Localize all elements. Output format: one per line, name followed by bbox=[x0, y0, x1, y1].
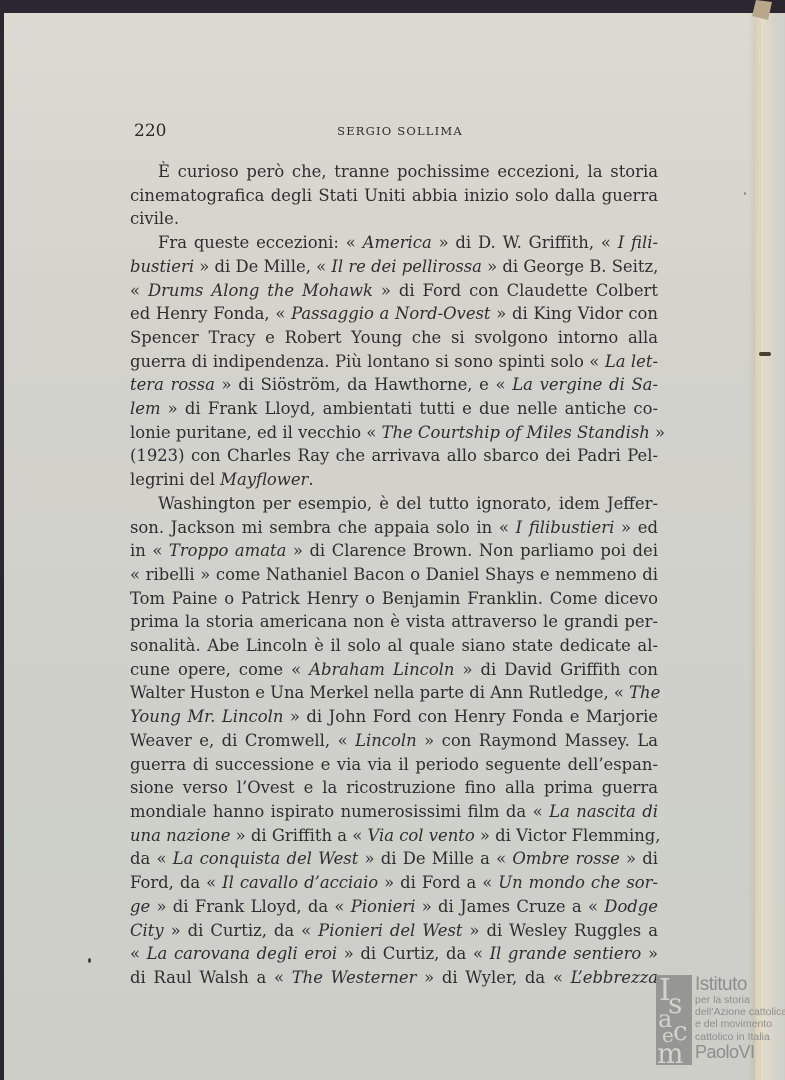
text-run: mondiale hanno ispirato numerosissimi fi… bbox=[130, 802, 549, 821]
text-run: » di Victor Flemming, bbox=[475, 826, 661, 845]
film-title: L’ebbrezza bbox=[571, 968, 658, 987]
text-line: Fra queste eccezioni: « America » di D. … bbox=[130, 231, 658, 255]
text-line: guerra di successione e via via il perio… bbox=[130, 753, 658, 777]
text-run: » di Ford con Claudette Colbert bbox=[373, 281, 658, 300]
text-run: lonie puritane, ed il vecchio « bbox=[130, 423, 382, 442]
film-title: tera rossa bbox=[130, 375, 215, 394]
film-title: I fili- bbox=[618, 233, 658, 252]
text-run: (1923) con Charles Ray che arrivava allo… bbox=[130, 446, 658, 465]
institute-line: dell’Azione cattolica bbox=[695, 1006, 785, 1018]
text-run: » di De Mille a « bbox=[358, 849, 512, 868]
text-run: Tom Paine o Patrick Henry o Benjamin Fra… bbox=[130, 589, 658, 608]
text-run: » di Curtiz, da « bbox=[337, 944, 489, 963]
text-run: . bbox=[308, 470, 313, 489]
film-title: Troppo amata bbox=[169, 541, 286, 560]
film-title: Drums Along the Mohawk bbox=[148, 281, 373, 300]
text-line: « La carovana degli eroi » di Curtiz, da… bbox=[130, 942, 658, 966]
text-run: Spencer Tracy e Robert Young che si svol… bbox=[130, 328, 658, 347]
film-title: City bbox=[130, 921, 164, 940]
text-run: Washington per esempio, è del tutto igno… bbox=[158, 494, 658, 513]
text-run: legrini del bbox=[130, 470, 220, 489]
text-run: sonalità. Abe Lincoln è il solo al quale… bbox=[130, 636, 658, 655]
text-run: di Raul Walsh a « bbox=[130, 968, 292, 987]
film-title: Abraham Lincoln bbox=[309, 660, 454, 679]
paragraph: Fra queste eccezioni: « America » di D. … bbox=[130, 231, 658, 492]
text-run: Fra queste eccezioni: « bbox=[158, 233, 363, 252]
text-line: sonalità. Abe Lincoln è il solo al quale… bbox=[130, 634, 658, 658]
institute-paolo-vi: PaoloVI bbox=[695, 1043, 785, 1061]
monogram-letter: m bbox=[657, 1037, 684, 1070]
text-run: » con Raymond Massey. La bbox=[417, 731, 658, 750]
film-title: Il re dei pellirossa bbox=[331, 257, 482, 276]
film-title: Mayflower bbox=[220, 470, 308, 489]
text-line: lonie puritane, ed il vecchio « The Cour… bbox=[130, 421, 658, 445]
film-title: lem bbox=[130, 399, 160, 418]
film-title: ge bbox=[130, 897, 150, 916]
isacem-monogram: I s a e c m bbox=[656, 975, 692, 1065]
text-line: Walter Huston e Una Merkel nella parte d… bbox=[130, 681, 658, 705]
text-line: Weaver e, di Cromwell, « Lincoln » con R… bbox=[130, 729, 658, 753]
text-line: una nazione » di Griffith a « Via col ve… bbox=[130, 824, 658, 848]
text-line: È curioso però che, tranne pochissime ec… bbox=[130, 160, 658, 184]
film-title: Passaggio a Nord-Ovest bbox=[291, 304, 490, 323]
film-title: una nazione bbox=[130, 826, 230, 845]
text-run: Ford, da « bbox=[130, 873, 222, 892]
text-run: ed Henry Fonda, « bbox=[130, 304, 291, 323]
text-run: son. Jackson mi sembra che appaia solo i… bbox=[130, 518, 516, 537]
page-header: 220 SERGIO SOLLIMA bbox=[134, 121, 666, 143]
institute-line: e del movimento bbox=[695, 1018, 785, 1030]
text-line: legrini del Mayflower. bbox=[130, 468, 658, 492]
text-run: Weaver e, di Cromwell, « bbox=[130, 731, 355, 750]
text-run: » di Clarence Brown. Non parliamo poi de… bbox=[286, 541, 658, 560]
film-title: Dodge bbox=[604, 897, 658, 916]
text-line: Washington per esempio, è del tutto igno… bbox=[130, 492, 658, 516]
text-run: » di D. W. Griffith, « bbox=[432, 233, 618, 252]
text-run: guerra di indipendenza. Più lontano si s… bbox=[130, 352, 605, 371]
text-run: È curioso però che, tranne pochissime ec… bbox=[158, 162, 658, 181]
text-line: cune opere, come « Abraham Lincoln » di … bbox=[130, 658, 658, 682]
text-run: » di King Vidor con bbox=[491, 304, 658, 323]
text-run: sione verso l’Ovest e la ricostruzione f… bbox=[130, 778, 658, 797]
film-title: La carovana degli eroi bbox=[147, 944, 337, 963]
film-title: La vergine di Sa- bbox=[512, 375, 658, 394]
text-run: » di Griffith a « bbox=[230, 826, 367, 845]
film-title: bustieri bbox=[130, 257, 194, 276]
text-line: son. Jackson mi sembra che appaia solo i… bbox=[130, 516, 658, 540]
text-line: di Raul Walsh a « The Westerner » di Wyl… bbox=[130, 966, 658, 990]
text-run: « ribelli » come Nathaniel Bacon o Danie… bbox=[130, 565, 658, 584]
text-line: cinematografica degli Stati Uniti abbia … bbox=[130, 184, 658, 208]
text-run: » bbox=[641, 944, 658, 963]
text-run: « bbox=[130, 281, 148, 300]
text-run: » di Frank Lloyd, ambientati tutti e due… bbox=[160, 399, 658, 418]
text-line: Ford, da « Il cavallo d’acciaio » di For… bbox=[130, 871, 658, 895]
text-run: » di David Griffith con bbox=[454, 660, 658, 679]
text-run: » di Curtiz, da « bbox=[164, 921, 319, 940]
film-title: Il grande sentiero bbox=[490, 944, 642, 963]
text-line: « Drums Along the Mohawk » di Ford con C… bbox=[130, 279, 658, 303]
text-line: tera rossa » di Siöström, da Hawthorne, … bbox=[130, 373, 658, 397]
text-run: da « bbox=[130, 849, 173, 868]
text-line: guerra di indipendenza. Più lontano si s… bbox=[130, 350, 658, 374]
text-line: sione verso l’Ovest e la ricostruzione f… bbox=[130, 776, 658, 800]
film-title: La let- bbox=[605, 352, 658, 371]
film-title: La nascita di bbox=[549, 802, 658, 821]
next-page-edge bbox=[755, 13, 785, 1080]
film-title: The bbox=[629, 683, 660, 702]
institute-line: per la storia bbox=[695, 994, 785, 1006]
text-run: » di De Mille, « bbox=[194, 257, 331, 276]
text-run: » bbox=[650, 423, 665, 442]
body-text: È curioso però che, tranne pochissime ec… bbox=[130, 160, 658, 990]
text-run: Walter Huston e Una Merkel nella parte d… bbox=[130, 683, 629, 702]
film-title: Ombre rosse bbox=[512, 849, 619, 868]
institute-title: Istituto bbox=[695, 975, 785, 994]
text-run: » di Wesley Ruggles a bbox=[462, 921, 657, 940]
paper-speck bbox=[88, 958, 91, 963]
film-title: I filibustieri bbox=[516, 518, 615, 537]
text-run: » di Siöström, da Hawthorne, e « bbox=[215, 375, 512, 394]
film-title: America bbox=[363, 233, 432, 252]
film-title: Pionieri bbox=[351, 897, 416, 916]
text-run: » di bbox=[620, 849, 658, 868]
film-title: La conquista del West bbox=[173, 849, 359, 868]
text-run: » di Wyler, da « bbox=[416, 968, 570, 987]
paragraph: Washington per esempio, è del tutto igno… bbox=[130, 492, 658, 990]
text-line: « ribelli » come Nathaniel Bacon o Danie… bbox=[130, 563, 658, 587]
text-run: prima la storia americana non è vista at… bbox=[130, 612, 658, 631]
film-title: Lincoln bbox=[355, 731, 417, 750]
text-run: » di John Ford con Henry Fonda e Marjori… bbox=[283, 707, 658, 726]
film-title: Un mondo che sor- bbox=[498, 873, 658, 892]
text-run: civile. bbox=[130, 209, 179, 228]
film-title: The Westerner bbox=[292, 968, 417, 987]
paper-speck bbox=[744, 192, 746, 195]
running-head: SERGIO SOLLIMA bbox=[134, 124, 666, 138]
text-run: cinematografica degli Stati Uniti abbia … bbox=[130, 186, 658, 205]
text-line: lem » di Frank Lloyd, ambientati tutti e… bbox=[130, 397, 658, 421]
text-line: (1923) con Charles Ray che arrivava allo… bbox=[130, 444, 658, 468]
text-line: bustieri » di De Mille, « Il re dei pell… bbox=[130, 255, 658, 279]
text-line: Spencer Tracy e Robert Young che si svol… bbox=[130, 326, 658, 350]
film-title: The Courtship of Miles Standish bbox=[382, 423, 650, 442]
institute-line: cattolico in Italia bbox=[695, 1031, 785, 1043]
text-line: ge » di Frank Lloyd, da « Pionieri » di … bbox=[130, 895, 658, 919]
text-line: ed Henry Fonda, « Passaggio a Nord-Ovest… bbox=[130, 302, 658, 326]
institute-watermark-logo: I s a e c m Istituto per la storia dell’… bbox=[656, 975, 785, 1067]
text-run: in « bbox=[130, 541, 169, 560]
film-title: Via col vento bbox=[367, 826, 474, 845]
film-title: Young Mr. Lincoln bbox=[130, 707, 283, 726]
institute-name: Istituto per la storia dell’Azione catto… bbox=[695, 975, 785, 1061]
text-run: » ed bbox=[614, 518, 658, 537]
text-line: in « Troppo amata » di Clarence Brown. N… bbox=[130, 539, 658, 563]
text-line: Young Mr. Lincoln » di John Ford con Hen… bbox=[130, 705, 658, 729]
text-run: » di Frank Lloyd, da « bbox=[150, 897, 351, 916]
text-line: da « La conquista del West » di De Mille… bbox=[130, 847, 658, 871]
text-run: » di Ford a « bbox=[378, 873, 498, 892]
text-line: Tom Paine o Patrick Henry o Benjamin Fra… bbox=[130, 587, 658, 611]
paragraph: È curioso però che, tranne pochissime ec… bbox=[130, 160, 658, 231]
text-run: « bbox=[130, 944, 147, 963]
text-line: prima la storia americana non è vista at… bbox=[130, 610, 658, 634]
text-line: mondiale hanno ispirato numerosissimi fi… bbox=[130, 800, 658, 824]
text-line: civile. bbox=[130, 207, 658, 231]
text-run: cune opere, come « bbox=[130, 660, 309, 679]
text-run: guerra di successione e via via il perio… bbox=[130, 755, 658, 774]
text-line: City » di Curtiz, da « Pionieri del West… bbox=[130, 919, 658, 943]
film-title: Pionieri del West bbox=[318, 921, 462, 940]
text-run: » di George B. Seitz, bbox=[482, 257, 658, 276]
paper-speck bbox=[759, 352, 771, 356]
text-run: » di James Cruze a « bbox=[415, 897, 604, 916]
film-title: Il cavallo d’acciaio bbox=[222, 873, 378, 892]
